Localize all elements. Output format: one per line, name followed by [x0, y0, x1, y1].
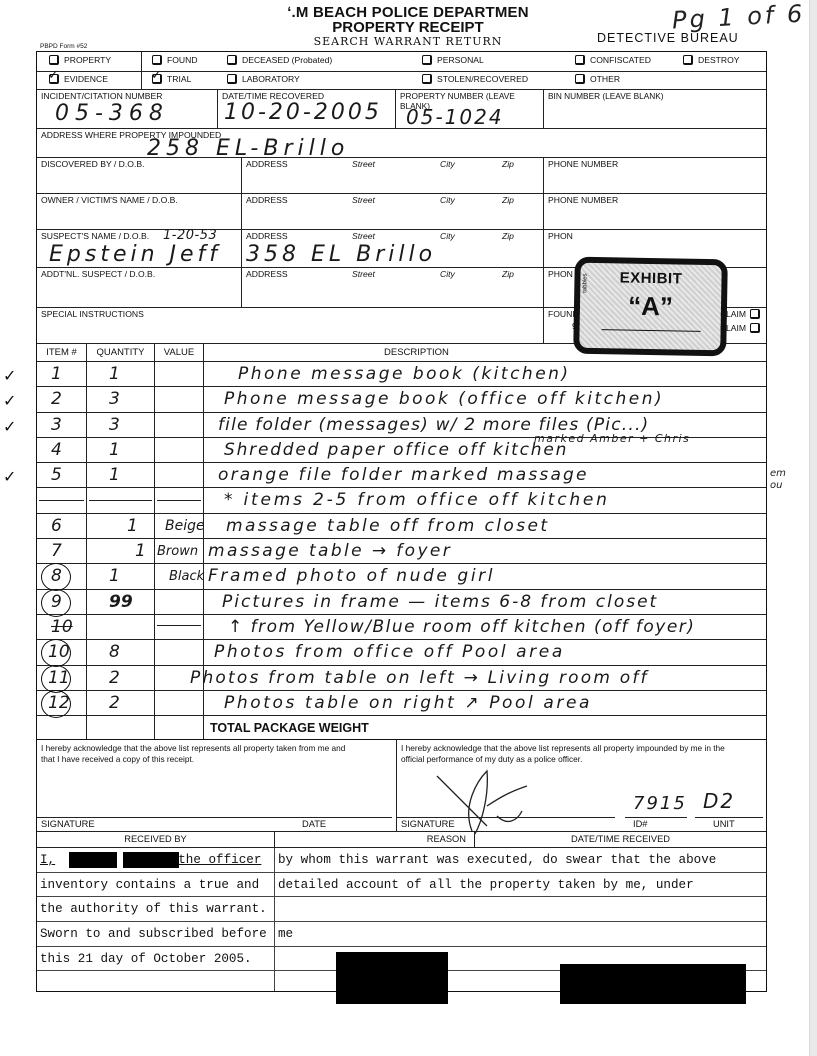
discovered-by-row: DISCOVERED BY / D.O.B. ADDRESS Street Ci…: [37, 158, 766, 194]
checkbox-icon[interactable]: [422, 74, 432, 84]
cb-other[interactable]: OTHER: [575, 74, 620, 84]
incident-number-field[interactable]: INCIDENT/CITATION NUMBER 05-368: [37, 90, 218, 128]
checkmark-icon: ✓: [3, 391, 16, 410]
suspect-address-field[interactable]: ADDRESS Street City Zip 358 EL Brillo: [242, 230, 544, 267]
strike-line: [157, 500, 201, 501]
receipt-title: PROPERTY RECEIPT: [258, 19, 558, 36]
date-recovered-value: 10-20-2005: [224, 100, 382, 125]
table-row[interactable]: 11 2 Photos from table on left → Living …: [37, 666, 766, 691]
suspect-address-value: 358 EL Brillo: [246, 242, 436, 267]
scan-edge: [809, 0, 817, 1056]
redaction-block: [560, 964, 746, 1004]
table-row[interactable]: 9 99 Pictures in frame — items 6-8 from …: [37, 590, 766, 615]
strike-line: [39, 500, 84, 501]
discovered-phone-field[interactable]: PHONE NUMBER: [544, 158, 766, 193]
owner-name-field[interactable]: OWNER / VICTIM'S NAME / D.O.B.: [37, 194, 242, 229]
table-row[interactable]: 8 1 Black Framed photo of nude girl: [37, 564, 766, 589]
table-row[interactable]: * items 2-5 from office off kitchen: [37, 488, 766, 513]
address-impounded-row: ADDRESS WHERE PROPERTY IMPOUNDED 258 EL-…: [37, 129, 766, 158]
checkbox-row-2: EVIDENCE TRIAL LABORATORY STOLEN/RECOVER…: [37, 72, 766, 90]
cb-stolen-recovered[interactable]: STOLEN/RECOVERED: [422, 74, 528, 84]
owner-phone-field[interactable]: PHONE NUMBER: [544, 194, 766, 229]
incident-number-value: 05-368: [55, 101, 169, 126]
table-row[interactable]: ✓2 3 Phone message book (office off kitc…: [37, 387, 766, 412]
page-note-handwritten: Pg 1 of 6: [671, 0, 806, 34]
header-item: ITEM #: [37, 344, 87, 361]
cb-personal[interactable]: PERSONAL: [422, 55, 484, 65]
checkbox-icon[interactable]: [683, 55, 693, 65]
checkbox-icon[interactable]: [227, 74, 237, 84]
checked-checkbox-icon[interactable]: [152, 74, 162, 84]
suspect-name-value: Epstein Jeff: [49, 242, 221, 267]
checkbox-icon[interactable]: [152, 55, 162, 65]
exhibit-stamp: EXHIBIT “A” tabbies: [573, 257, 728, 357]
cb-laboratory[interactable]: LABORATORY: [227, 74, 300, 84]
checkbox-icon[interactable]: [575, 55, 585, 65]
table-row[interactable]: ✓1 1 Phone message book (kitchen): [37, 362, 766, 387]
received-row: RECEIVED BY REASON DATE/TIME RECEIVED: [37, 832, 766, 848]
cb-deceased[interactable]: DECEASED (Probated): [227, 55, 332, 65]
officer-id-value: 7915: [633, 798, 687, 809]
table-row[interactable]: 6 1 Beige massage table off from closet: [37, 514, 766, 539]
special-instructions-field[interactable]: SPECIAL INSTRUCTIONS: [37, 308, 544, 343]
redaction-bar: [123, 852, 179, 868]
discovered-address-field[interactable]: ADDRESS Street City Zip: [242, 158, 544, 193]
checkbox-icon[interactable]: [227, 55, 237, 65]
cb-confiscated[interactable]: CONFISCATED: [575, 55, 651, 65]
suspect-dob-value: 1-20-53: [163, 228, 217, 243]
checkmark-icon: ✓: [3, 417, 16, 436]
acknowledgement-row: I hereby acknowledge that the above list…: [37, 740, 766, 832]
total-weight-label: TOTAL PACKAGE WEIGHT: [204, 716, 766, 739]
checked-checkbox-icon[interactable]: [49, 74, 59, 84]
checkbox-icon[interactable]: [750, 309, 760, 319]
checkbox-row-1: PROPERTY FOUND DECEASED (Probated) PERSO…: [37, 52, 766, 72]
address-impounded-field[interactable]: ADDRESS WHERE PROPERTY IMPOUNDED 258 EL-…: [37, 129, 766, 157]
owner-acknowledgement: I hereby acknowledge that the above list…: [37, 740, 397, 831]
officer-acknowledgement: I hereby acknowledge that the above list…: [397, 740, 766, 831]
checkmark-icon: ✓: [3, 366, 16, 385]
receipt-subtitle: SEARCH WARRANT RETURN: [258, 35, 558, 48]
checkbox-icon[interactable]: [49, 55, 59, 65]
row-annotation: marked Amber + Chris: [534, 432, 690, 445]
suspect-name-field[interactable]: SUSPECT'S NAME / D.O.B. 1-20-53 Epstein …: [37, 230, 242, 267]
checkbox-icon[interactable]: [575, 74, 585, 84]
table-row[interactable]: 10 ↑ from Yellow/Blue room off kitchen (…: [37, 615, 766, 640]
addl-suspect-address-field[interactable]: ADDRESS Street City Zip: [242, 268, 544, 307]
cb-trial[interactable]: TRIAL: [152, 74, 191, 84]
table-row[interactable]: 4 1 Shredded paper office off kitchen ma…: [37, 438, 766, 463]
owner-signature-line[interactable]: [37, 817, 392, 818]
table-row[interactable]: ✓5 1 orange file folder marked massage: [37, 463, 766, 488]
checkbox-icon[interactable]: [422, 55, 432, 65]
table-row[interactable]: 10 8 Photos from office off Pool area: [37, 640, 766, 665]
property-number-value: 05-1024: [406, 105, 504, 129]
addl-suspect-field[interactable]: ADDT'NL. SUSPECT / D.O.B.: [37, 268, 242, 307]
items-table-body: ✓1 1 Phone message book (kitchen) ✓2 3 P…: [37, 362, 766, 716]
cb-destroy[interactable]: DESTROY: [683, 55, 740, 65]
cb-evidence[interactable]: EVIDENCE: [49, 74, 108, 84]
strike-line: [157, 625, 201, 626]
redaction-block: [336, 952, 448, 1004]
margin-note: em ou: [770, 468, 786, 492]
redaction-bar: [69, 852, 117, 868]
form-number: PBPD Form #52: [40, 43, 87, 50]
discovered-by-field[interactable]: DISCOVERED BY / D.O.B.: [37, 158, 242, 193]
checkbox-icon[interactable]: [750, 323, 760, 333]
unit-value: D2: [703, 796, 735, 807]
bin-number-field[interactable]: BIN NUMBER (Leave Blank): [544, 90, 766, 128]
bureau-label: DETECTIVE BUREAU: [597, 31, 739, 45]
total-weight-row: TOTAL PACKAGE WEIGHT: [37, 716, 766, 740]
date-recovered-field[interactable]: DATE/TIME RECOVERED 10-20-2005: [218, 90, 396, 128]
owner-row: OWNER / VICTIM'S NAME / D.O.B. ADDRESS S…: [37, 194, 766, 230]
checkmark-icon: ✓: [3, 467, 16, 486]
header-quantity: QUANTITY: [87, 344, 155, 361]
strike-line: [89, 500, 152, 501]
property-number-field[interactable]: PROPERTY NUMBER (Leave Blank) 05-1024: [396, 90, 544, 128]
cb-found[interactable]: FOUND: [152, 55, 198, 65]
table-row[interactable]: 12 2 Photos table on right ↗ Pool area: [37, 691, 766, 716]
incident-row: INCIDENT/CITATION NUMBER 05-368 DATE/TIM…: [37, 90, 766, 129]
table-row[interactable]: 7 1 Brown massage table → foyer: [37, 539, 766, 564]
owner-address-field[interactable]: ADDRESS Street City Zip: [242, 194, 544, 229]
header-value: VALUE: [155, 344, 204, 361]
property-receipt-form: PROPERTY FOUND DECEASED (Probated) PERSO…: [36, 51, 767, 992]
